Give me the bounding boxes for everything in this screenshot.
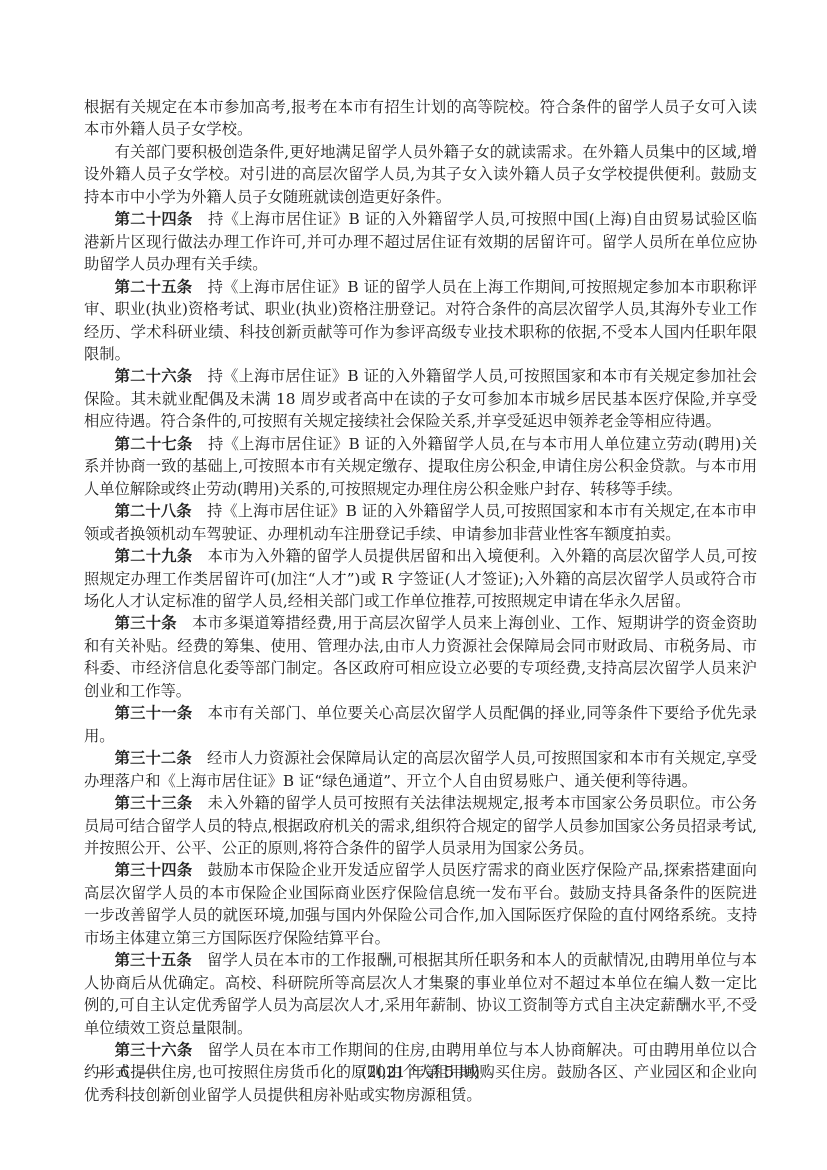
article-number: 第二十八条 — [115, 502, 207, 520]
document-body: 根据有关规定在本市参加高考,报考在本市有招生计划的高等院校。符合条件的留学人员子… — [84, 96, 757, 1106]
article-number: 第三十六条 — [115, 1041, 208, 1059]
document-paragraph: 第二十六条持《上海市居住证》B 证的入外籍留学人员,可按照国家和本市有关规定参加… — [84, 365, 757, 432]
document-paragraph: 有关部门要积极创造条件,更好地满足留学人员外籍子女的就读需求。在外籍人员集中的区… — [84, 141, 757, 208]
document-paragraph: 第三十三条未入外籍的留学人员可按照有关法律法规规定,报考本市国家公务员职位。市公… — [84, 792, 757, 859]
document-paragraph: 第二十九条本市为入外籍的留学人员提供居留和出入境便利。入外籍的高层次留学人员,可… — [84, 545, 757, 612]
article-number: 第三十条 — [115, 614, 193, 632]
article-number: 第二十九条 — [115, 547, 208, 565]
document-paragraph: 第二十五条持《上海市居住证》B 证的留学人员在上海工作期间,可按照规定参加本市职… — [84, 276, 757, 366]
article-number: 第二十六条 — [115, 367, 208, 385]
document-page: 根据有关规定在本市参加高考,报考在本市有招生计划的高等院校。符合条件的留学人员子… — [0, 0, 827, 1170]
paragraph-text: 有关部门要积极创造条件,更好地满足留学人员外籍子女的就读需求。在外籍人员集中的区… — [84, 143, 757, 206]
article-number: 第三十一条 — [115, 704, 208, 722]
article-number: 第二十四条 — [115, 210, 208, 228]
article-number: 第三十二条 — [115, 749, 207, 767]
document-paragraph: 第三十条本市多渠道筹措经费,用于高层次留学人员来上海创业、工作、短期讲学的资金资… — [84, 612, 757, 702]
article-number: 第三十五条 — [115, 951, 207, 969]
article-number: 第三十四条 — [115, 861, 208, 879]
article-number: 第三十三条 — [115, 794, 208, 812]
document-paragraph: 第三十四条鼓励本市保险企业开发适应留学人员医疗需求的商业医疗保险产品,探索搭建面… — [84, 859, 757, 949]
document-paragraph: 根据有关规定在本市参加高考,报考在本市有招生计划的高等院校。符合条件的留学人员子… — [84, 96, 757, 141]
article-number: 第二十五条 — [115, 278, 208, 296]
document-paragraph: 第二十四条持《上海市居住证》B 证的入外籍留学人员,可按照中国(上海)自由贸易试… — [84, 208, 757, 275]
page-footer: — 6 — (2021 年第 5 期) — [84, 1060, 757, 1084]
document-paragraph: 第二十七条持《上海市居住证》B 证的入外籍留学人员,在与本市用人单位建立劳动(聘… — [84, 433, 757, 500]
paragraph-text: 根据有关规定在本市参加高考,报考在本市有招生计划的高等院校。符合条件的留学人员子… — [84, 98, 757, 138]
article-number: 第二十七条 — [115, 435, 208, 453]
document-paragraph: 第三十二条经市人力资源社会保障局认定的高层次留学人员,可按照国家和本市有关规定,… — [84, 747, 757, 792]
document-paragraph: 第二十八条持《上海市居住证》B 证的入外籍留学人员,可按照国家和本市有关规定,在… — [84, 500, 757, 545]
document-paragraph: 第三十五条留学人员在本市的工作报酬,可根据其所任职务和本人的贡献情况,由聘用单位… — [84, 949, 757, 1039]
issue-label: (2021 年第 5 期) — [84, 1060, 757, 1084]
document-paragraph: 第三十一条本市有关部门、单位要关心高层次留学人员配偶的择业,同等条件下要给予优先… — [84, 702, 757, 747]
